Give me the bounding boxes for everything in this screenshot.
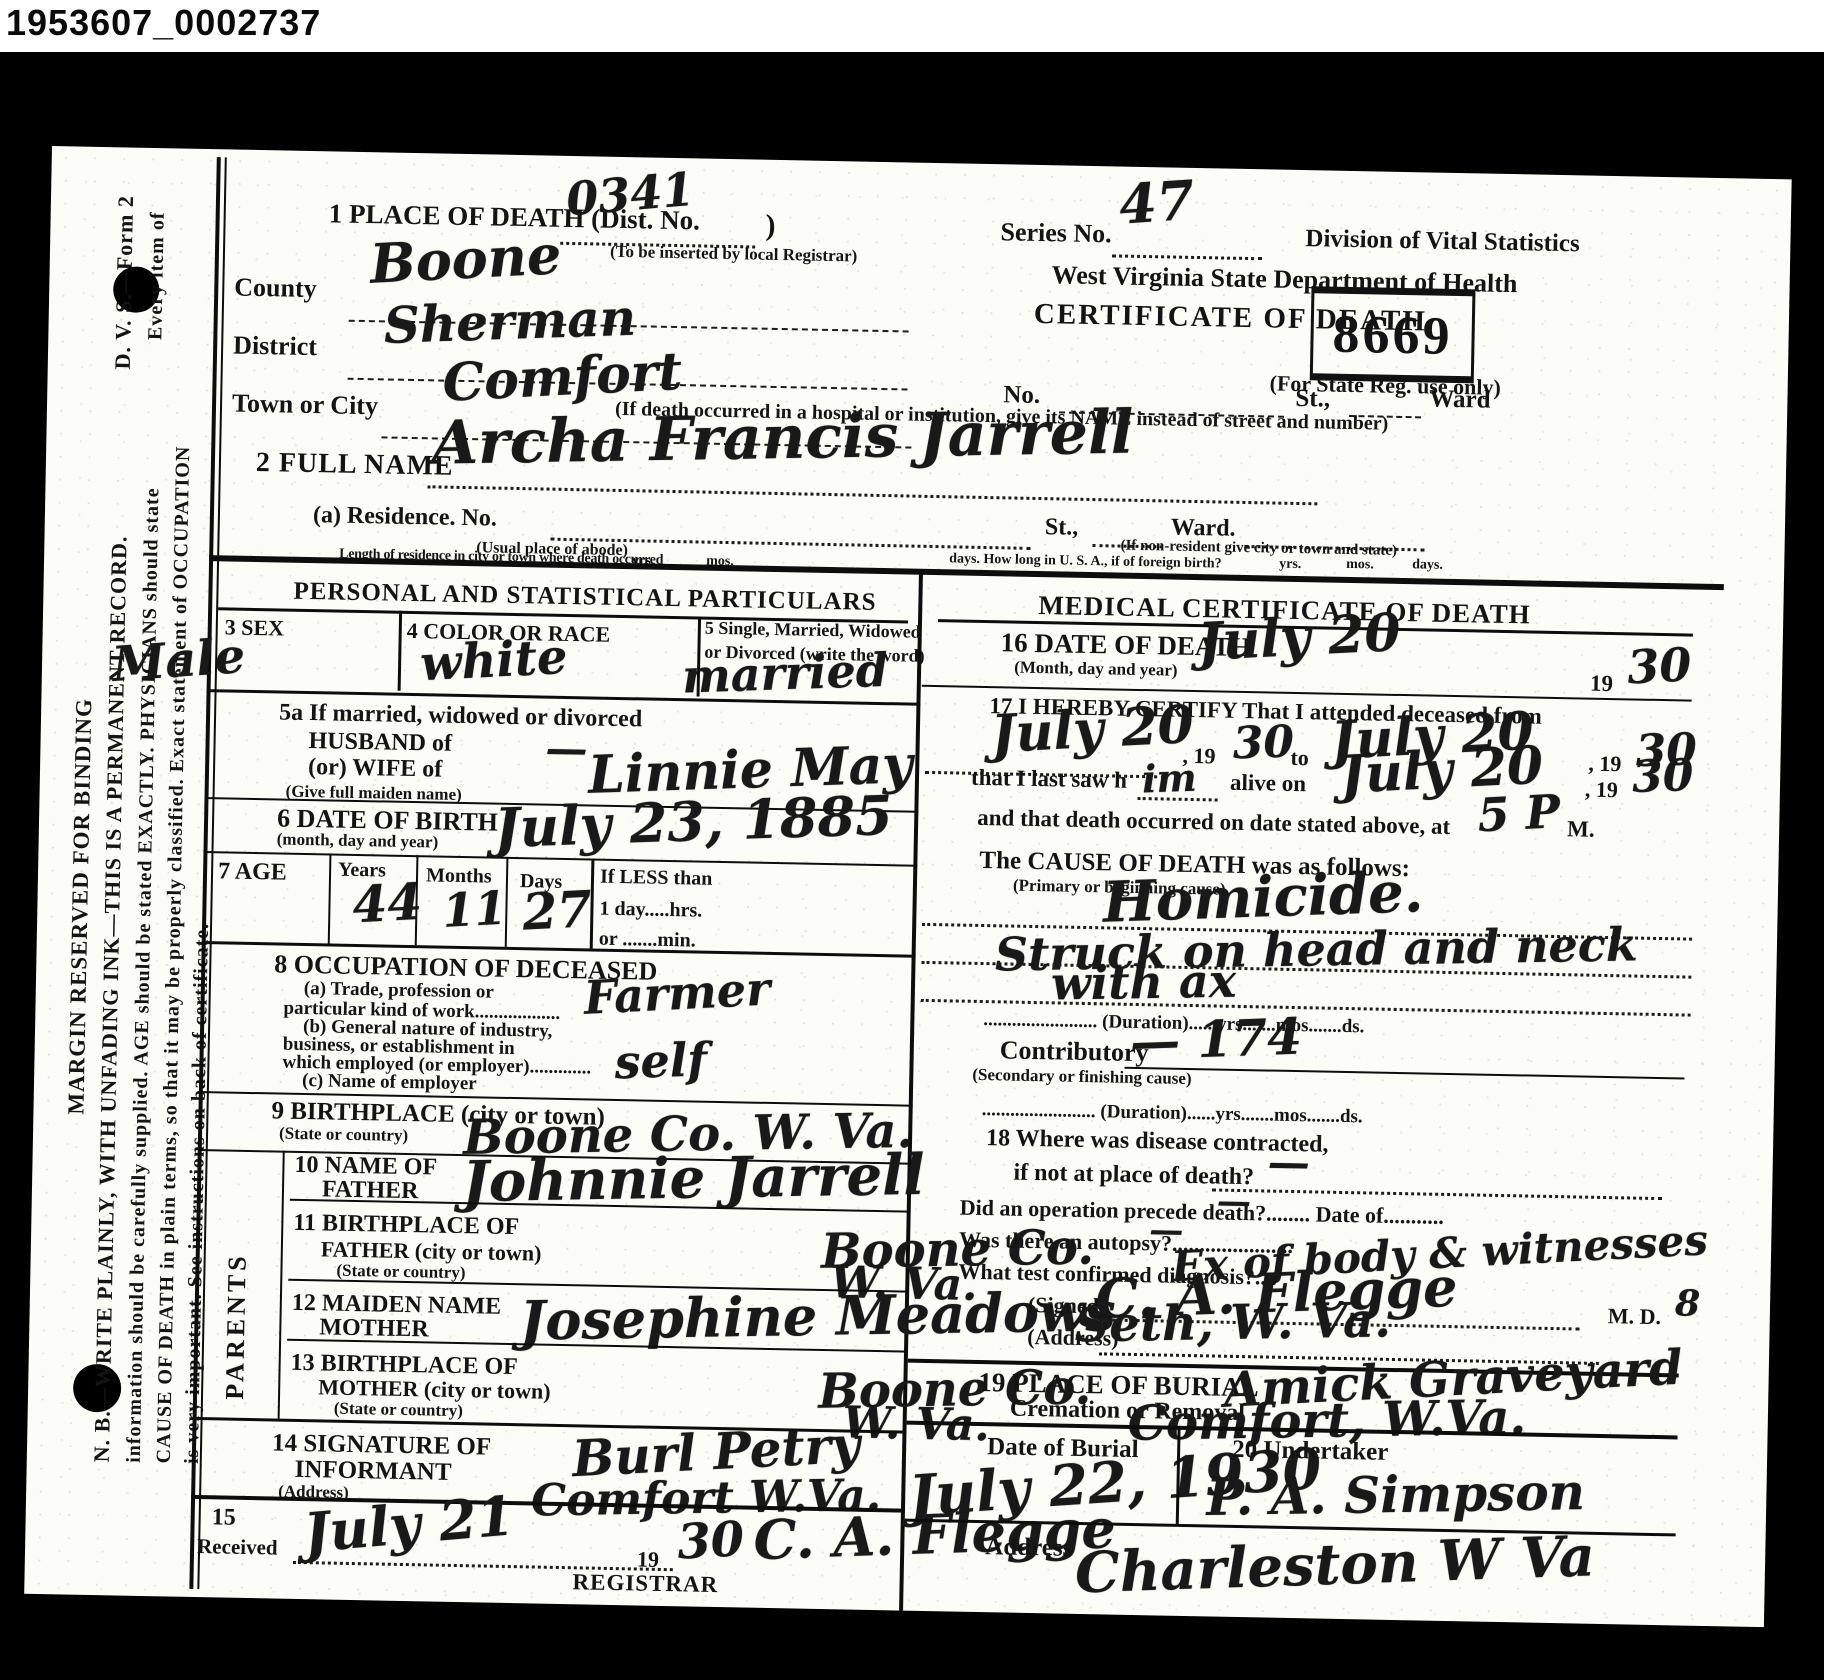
margin-form-number: D. V. S.—Form 2 bbox=[110, 199, 139, 369]
from-year-value: 30 bbox=[1232, 720, 1295, 766]
scan-id-strip: 1953607_0002737 bbox=[0, 0, 1824, 52]
occupation-b-value: self bbox=[614, 1036, 708, 1085]
dob-value: July 23, 1885 bbox=[493, 788, 893, 855]
received-label: Received bbox=[197, 1535, 278, 1559]
husband-value: — bbox=[545, 728, 588, 771]
occurred-line: and that death occurred on date stated a… bbox=[977, 806, 1450, 839]
district-label: District bbox=[233, 332, 317, 361]
series-number-line bbox=[1112, 254, 1262, 260]
operation-dash: — bbox=[1217, 1185, 1252, 1220]
md-note-value: 8 bbox=[1675, 1285, 1701, 1321]
undertaker-address-label: Address bbox=[985, 1534, 1073, 1562]
attended-from-value: July 20 bbox=[990, 699, 1195, 761]
age-months-value: 11 bbox=[441, 885, 507, 934]
death-time-value: 5 P bbox=[1476, 788, 1561, 838]
age-days-value: 27 bbox=[521, 884, 593, 937]
to-label: to bbox=[1290, 746, 1309, 769]
length-days2-label: days. bbox=[1412, 558, 1443, 573]
residence-st-label: St., bbox=[1045, 515, 1079, 541]
occupation-a-value: Farmer bbox=[583, 965, 771, 1020]
birthplace-note: (State or country) bbox=[279, 1125, 408, 1145]
received-number: 15 bbox=[211, 1505, 235, 1531]
contributory-rule bbox=[1124, 1067, 1684, 1080]
occupation-c: (c) Name of employer bbox=[302, 1071, 477, 1094]
district-value: Sherman bbox=[383, 293, 637, 351]
wife-label: (or) WIFE of bbox=[308, 755, 443, 783]
parents-label: PARENTS bbox=[220, 1189, 254, 1400]
contracted-dash: — bbox=[1267, 1142, 1310, 1185]
received-year-value: 30 bbox=[676, 1515, 745, 1566]
insert-note: (To be inserted by local Registrar) bbox=[610, 243, 858, 266]
marital-label-1: 5 Single, Married, Widowed bbox=[705, 619, 921, 642]
column-divider bbox=[899, 571, 923, 1611]
undertaker-value: P. A. Simpson bbox=[1206, 1467, 1585, 1523]
age-years-value: 44 bbox=[351, 877, 423, 930]
series-label: Series No. bbox=[1000, 218, 1112, 247]
dod-note: (Month, day and year) bbox=[1014, 659, 1178, 680]
dod-value: July 20 bbox=[1197, 607, 1402, 669]
contributory-value: — 174 bbox=[1129, 1012, 1302, 1068]
hospital-ward-label: Ward bbox=[1429, 386, 1491, 413]
fullname-line bbox=[427, 485, 1317, 505]
registrar-label: REGISTRAR bbox=[572, 1570, 718, 1597]
length-yrs2-label: yrs. bbox=[1279, 558, 1301, 573]
age-label: 7 AGE bbox=[218, 859, 287, 886]
cause-tertiary-text: with ax bbox=[1051, 958, 1237, 1007]
alive-year-value: 30 bbox=[1631, 754, 1694, 800]
dod-year-pre: 19 bbox=[1590, 672, 1613, 697]
address-value: Seth, W. Va. bbox=[1074, 1296, 1391, 1349]
contracted-line bbox=[1212, 1188, 1662, 1200]
mother-maiden-label-2: MOTHER bbox=[319, 1315, 429, 1342]
undertaker-label: 20 Undertaker bbox=[1232, 1437, 1389, 1466]
sex-color-divider bbox=[398, 611, 403, 691]
district-number-value: 0341 bbox=[564, 166, 695, 223]
margin-binding-text: MARGIN RESERVED FOR BINDING bbox=[63, 574, 99, 1114]
lastsaw-him-value: im bbox=[1141, 759, 1197, 799]
county-value: Boone bbox=[369, 227, 563, 291]
marital-value: married bbox=[681, 647, 888, 700]
place-paren: ) bbox=[765, 210, 776, 242]
age-less-2: 1 day.....hrs. bbox=[599, 899, 702, 922]
secondary-note: (Secondary or finishing cause) bbox=[972, 1066, 1192, 1088]
sex-value: Male bbox=[111, 632, 247, 689]
alive-on-label: alive on bbox=[1230, 771, 1306, 797]
fullname-value: Archa Francis Jarrell bbox=[431, 403, 1134, 474]
age-less-1: If LESS than bbox=[600, 867, 713, 890]
margin-every-item: Every item of bbox=[144, 200, 170, 340]
fullname-label: 2 FULL NAME bbox=[256, 448, 454, 481]
received-date-value: July 21 bbox=[302, 1488, 516, 1560]
contributory-label: Contributory bbox=[1000, 1036, 1149, 1066]
husband-label: HUSBAND of bbox=[308, 729, 452, 757]
residence-label: (a) Residence. No. bbox=[313, 503, 497, 532]
scan-id-label: 1953607_0002737 bbox=[6, 2, 321, 44]
dob-note: (month, day and year) bbox=[277, 830, 439, 851]
length-mos2-label: mos. bbox=[1346, 558, 1374, 573]
mother-bp-label-3: (State or country) bbox=[334, 1400, 463, 1420]
town-label: Town or City bbox=[232, 390, 378, 420]
parents-divider bbox=[278, 1151, 285, 1419]
death-time-m-label: M. bbox=[1567, 817, 1595, 842]
to-year-pre: , 19 bbox=[1588, 752, 1621, 776]
certificate-paper: MARGIN RESERVED FOR BINDING D. V. S.—For… bbox=[24, 146, 1791, 1627]
md-label: M. D. bbox=[1608, 1304, 1662, 1328]
father-bp-label-3: (State or country) bbox=[336, 1262, 465, 1282]
undertaker-address-value: Charleston W Va bbox=[1074, 1528, 1595, 1601]
registration-number: 8669 bbox=[1332, 303, 1453, 367]
division-label: Division of Vital Statistics bbox=[1305, 226, 1580, 258]
secondary-duration-label: ........................ (Duration).....… bbox=[981, 1100, 1362, 1127]
county-label: County bbox=[234, 274, 317, 303]
registration-number-box: 8669 bbox=[1310, 286, 1476, 383]
dod-year-value: 30 bbox=[1626, 641, 1692, 690]
lastsaw-line: that I last saw h bbox=[971, 766, 1127, 793]
color-value: white bbox=[419, 633, 568, 688]
age-div-1 bbox=[328, 853, 332, 943]
hospital-st-label: St., bbox=[1295, 386, 1330, 413]
alive-year-pre: , 19 bbox=[1585, 778, 1618, 802]
series-number-value: 47 bbox=[1117, 173, 1196, 232]
father-name-value: Johnnie Jarrell bbox=[462, 1147, 925, 1210]
